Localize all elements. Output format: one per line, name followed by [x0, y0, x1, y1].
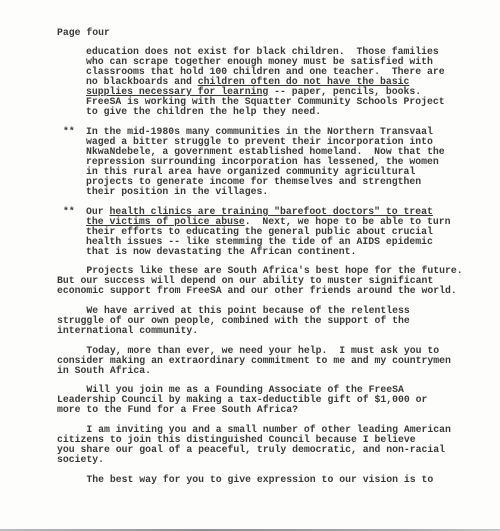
double-asterisk-bullet-icon: ** [63, 127, 75, 137]
double-asterisk-bullet-icon: ** [63, 207, 75, 217]
text-line: you share our goal of a peaceful, truly … [57, 445, 445, 455]
text-line: their position in the villages. [86, 187, 268, 197]
text-line: more to the Fund for a Free South Africa… [57, 405, 298, 415]
text-line: that is now devastating the African cont… [86, 247, 356, 257]
letter-page: Page four education does not exist for b… [0, 0, 500, 529]
text-line: society. [57, 455, 104, 465]
page-header: Page four [57, 28, 110, 38]
text-line: economic support from FreeSA and our oth… [57, 286, 457, 296]
text-line: to give the children the help they need. [86, 107, 321, 117]
text-line: in South Africa. [57, 366, 151, 376]
text-line: international community. [57, 326, 198, 336]
text-line: The best way for you to give expression … [57, 475, 433, 485]
